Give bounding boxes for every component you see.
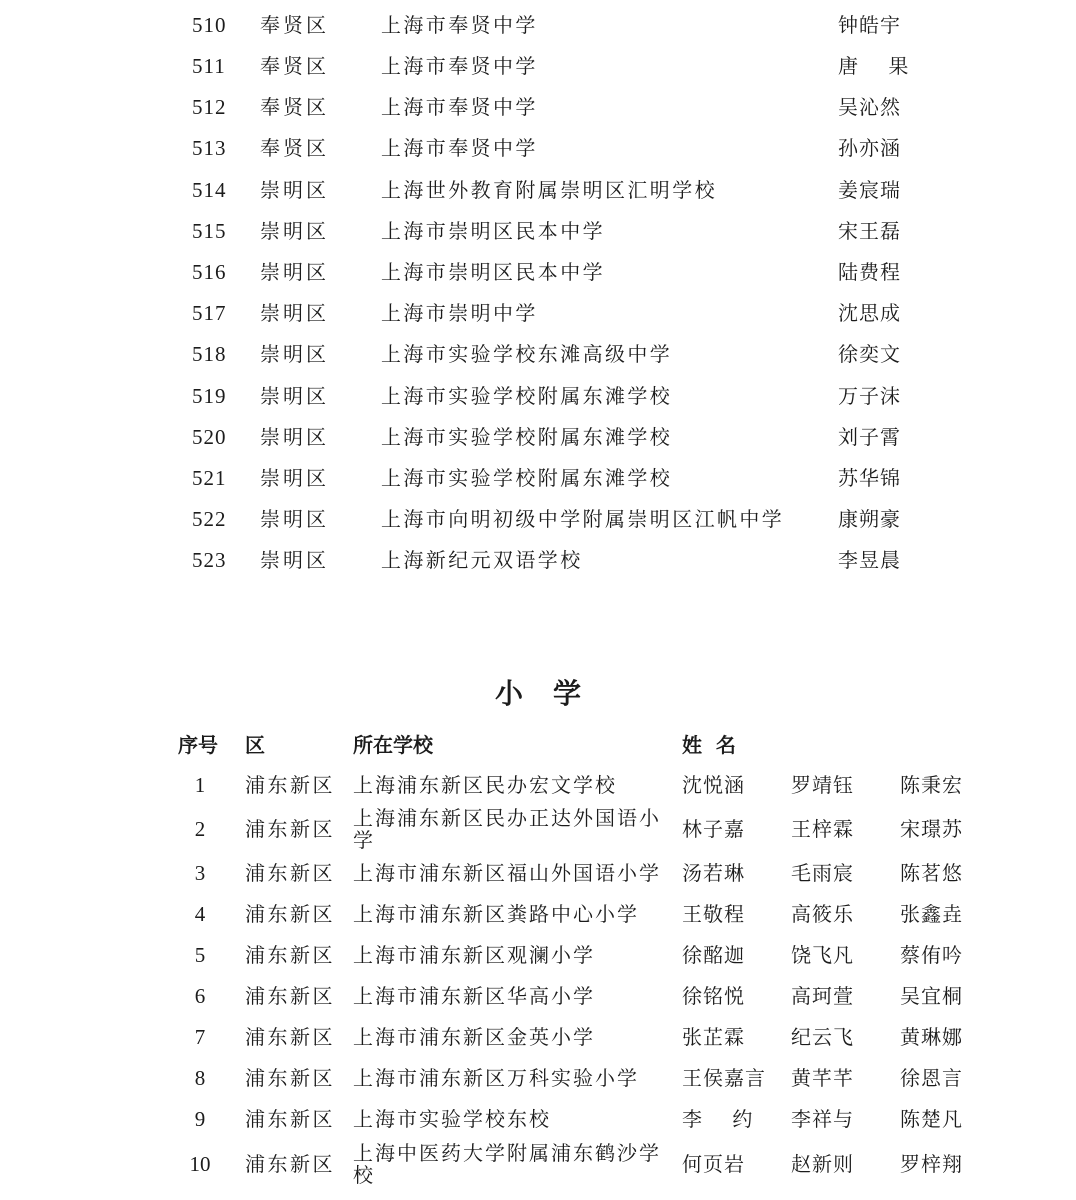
- row-number: 5: [180, 935, 220, 976]
- school: 上海市实验学校东校: [353, 1099, 663, 1140]
- row-number: 2: [180, 809, 220, 850]
- section-title: 小学: [0, 672, 1076, 712]
- student-name: 宋王磊: [838, 211, 901, 252]
- row-number: 517: [192, 293, 242, 334]
- student-name: 高珂萱: [791, 976, 854, 1017]
- row-number: 514: [192, 170, 242, 211]
- row-number: 3: [180, 853, 220, 894]
- row-number: 9: [180, 1099, 220, 1140]
- student-name: 汤若琳: [682, 853, 745, 894]
- table-row: 513 奉贤区 上海市奉贤中学 孙亦涵: [0, 128, 1076, 169]
- student-name: 徐酩迦: [682, 935, 745, 976]
- row-number: 520: [192, 417, 242, 458]
- district: 崇明区: [260, 376, 329, 417]
- school: 上海市奉贤中学: [381, 46, 538, 87]
- row-number: 513: [192, 128, 242, 169]
- student-name: 万子沫: [838, 376, 901, 417]
- student-name: 罗梓翔: [900, 1144, 963, 1185]
- student-name: 陈茗悠: [900, 853, 963, 894]
- district: 崇明区: [260, 334, 329, 375]
- district: 奉贤区: [260, 46, 329, 87]
- student-name: 陆费程: [838, 252, 901, 293]
- school: 上海市崇明区民本中学: [381, 211, 605, 252]
- student-name: 陈楚凡: [900, 1099, 963, 1140]
- student-name: 林子嘉: [682, 809, 745, 850]
- table-row: 522 崇明区 上海市向明初级中学附属崇明区江帆中学 康朔豪: [0, 499, 1076, 540]
- district: 崇明区: [260, 499, 329, 540]
- district: 浦东新区: [245, 765, 335, 806]
- table-row: 6 浦东新区 上海市浦东新区华高小学 徐铭悦 高珂萱 吴宜桐: [0, 976, 1076, 1017]
- student-name: 李昱晨: [838, 540, 901, 581]
- district: 浦东新区: [245, 853, 335, 894]
- table-row: 518 崇明区 上海市实验学校东滩高级中学 徐奕文: [0, 334, 1076, 375]
- school: 上海市浦东新区观澜小学: [353, 935, 663, 976]
- student-name: 李祥与: [791, 1099, 854, 1140]
- student-name: 徐铭悦: [682, 976, 745, 1017]
- table-row: 514 崇明区 上海世外教育附属崇明区汇明学校 姜宸瑞: [0, 170, 1076, 211]
- district: 崇明区: [260, 293, 329, 334]
- student-name: 赵新则: [791, 1144, 854, 1185]
- student-name: 沈悦涵: [682, 765, 745, 806]
- school: 上海市实验学校附属东滩学校: [381, 376, 672, 417]
- school: 上海市实验学校附属东滩学校: [381, 458, 672, 499]
- school: 上海市崇明中学: [381, 293, 538, 334]
- school: 上海市浦东新区金英小学: [353, 1017, 663, 1058]
- district: 崇明区: [260, 458, 329, 499]
- student-name: 张芷霖: [682, 1017, 745, 1058]
- row-number: 511: [192, 46, 242, 87]
- district: 崇明区: [260, 540, 329, 581]
- student-name: 蔡侑吟: [900, 935, 963, 976]
- row-number: 510: [192, 5, 242, 46]
- header-district: 区: [245, 728, 265, 762]
- school: 上海新纪元双语学校: [381, 540, 583, 581]
- table-row: 520 崇明区 上海市实验学校附属东滩学校 刘子霄: [0, 417, 1076, 458]
- row-number: 8: [180, 1058, 220, 1099]
- student-name: 孙亦涵: [838, 128, 901, 169]
- district: 浦东新区: [245, 894, 335, 935]
- district: 奉贤区: [260, 128, 329, 169]
- student-name: 王梓霖: [791, 809, 854, 850]
- district: 浦东新区: [245, 1058, 335, 1099]
- table-row: 511 奉贤区 上海市奉贤中学 唐 果: [0, 46, 1076, 87]
- school: 上海市奉贤中学: [381, 87, 538, 128]
- row-number: 518: [192, 334, 242, 375]
- table-row: 515 崇明区 上海市崇明区民本中学 宋王磊: [0, 211, 1076, 252]
- row-number: 7: [180, 1017, 220, 1058]
- student-name: 沈思成: [838, 293, 901, 334]
- school: 上海浦东新区民办宏文学校: [353, 765, 663, 806]
- table-row: 3 浦东新区 上海市浦东新区福山外国语小学 汤若琳 毛雨宸 陈茗悠: [0, 853, 1076, 894]
- student-name: 李 约: [682, 1099, 753, 1140]
- district: 浦东新区: [245, 1099, 335, 1140]
- row-number: 516: [192, 252, 242, 293]
- table-row: 523 崇明区 上海新纪元双语学校 李昱晨: [0, 540, 1076, 581]
- row-number: 519: [192, 376, 242, 417]
- district: 崇明区: [260, 170, 329, 211]
- student-name: 高筱乐: [791, 894, 854, 935]
- student-name: 吴沁然: [838, 87, 901, 128]
- student-name: 吴宜桐: [900, 976, 963, 1017]
- row-number: 4: [180, 894, 220, 935]
- student-name: 罗靖钰: [791, 765, 854, 806]
- header-name: 姓 名: [682, 728, 736, 762]
- table-row: 521 崇明区 上海市实验学校附属东滩学校 苏华锦: [0, 458, 1076, 499]
- school: 上海市实验学校附属东滩学校: [381, 417, 672, 458]
- table-row: 8 浦东新区 上海市浦东新区万科实验小学 王侯嘉言 黄芊芊 徐恩言: [0, 1058, 1076, 1099]
- district: 浦东新区: [245, 976, 335, 1017]
- row-number: 521: [192, 458, 242, 499]
- student-name: 苏华锦: [838, 458, 901, 499]
- table-row: 519 崇明区 上海市实验学校附属东滩学校 万子沫: [0, 376, 1076, 417]
- row-number: 522: [192, 499, 242, 540]
- student-name: 王侯嘉言: [682, 1058, 766, 1099]
- district: 崇明区: [260, 211, 329, 252]
- school: 上海市向明初级中学附属崇明区江帆中学: [381, 499, 784, 540]
- row-number: 10: [180, 1144, 220, 1185]
- district: 奉贤区: [260, 5, 329, 46]
- table-row: 516 崇明区 上海市崇明区民本中学 陆费程: [0, 252, 1076, 293]
- table-row: 7 浦东新区 上海市浦东新区金英小学 张芷霖 纪云飞 黄琳娜: [0, 1017, 1076, 1058]
- school: 上海市浦东新区福山外国语小学: [353, 853, 663, 894]
- district: 崇明区: [260, 252, 329, 293]
- student-name: 姜宸瑞: [838, 170, 901, 211]
- student-name: 陈秉宏: [900, 765, 963, 806]
- district: 浦东新区: [245, 935, 335, 976]
- district: 浦东新区: [245, 1144, 335, 1185]
- school: 上海市浦东新区华高小学: [353, 976, 663, 1017]
- school: 上海市浦东新区粪路中心小学: [353, 894, 663, 935]
- table-row: 2 浦东新区 上海浦东新区民办正达外国语小学 林子嘉 王梓霖 宋璟苏: [0, 809, 1076, 850]
- student-name: 王敬程: [682, 894, 745, 935]
- student-name: 纪云飞: [791, 1017, 854, 1058]
- table-row: 9 浦东新区 上海市实验学校东校 李 约 李祥与 陈楚凡: [0, 1099, 1076, 1140]
- school: 上海市实验学校东滩高级中学: [381, 334, 672, 375]
- student-name: 刘子霄: [838, 417, 901, 458]
- table-row: 1 浦东新区 上海浦东新区民办宏文学校 沈悦涵 罗靖钰 陈秉宏: [0, 765, 1076, 806]
- district: 浦东新区: [245, 1017, 335, 1058]
- student-name: 徐奕文: [838, 334, 901, 375]
- student-name: 黄琳娜: [900, 1017, 963, 1058]
- row-number: 515: [192, 211, 242, 252]
- table-row: 510 奉贤区 上海市奉贤中学 钟皓宇: [0, 5, 1076, 46]
- row-number: 512: [192, 87, 242, 128]
- table-row: 10 浦东新区 上海中医药大学附属浦东鹤沙学校 何页岩 赵新则 罗梓翔: [0, 1144, 1076, 1185]
- student-name: 张鑫垚: [900, 894, 963, 935]
- header-no: 序号: [178, 728, 218, 762]
- table-row: 517 崇明区 上海市崇明中学 沈思成: [0, 293, 1076, 334]
- school: 上海市崇明区民本中学: [381, 252, 605, 293]
- school: 上海中医药大学附属浦东鹤沙学校: [353, 1142, 663, 1186]
- district: 崇明区: [260, 417, 329, 458]
- school: 上海市奉贤中学: [381, 5, 538, 46]
- school: 上海市浦东新区万科实验小学: [353, 1058, 663, 1099]
- school: 上海世外教育附属崇明区汇明学校: [381, 170, 717, 211]
- school: 上海市奉贤中学: [381, 128, 538, 169]
- district: 奉贤区: [260, 87, 329, 128]
- row-number: 523: [192, 540, 242, 581]
- student-name: 唐 果: [838, 46, 909, 87]
- header-school: 所在学校: [353, 728, 433, 762]
- row-number: 1: [180, 765, 220, 806]
- student-name: 康朔豪: [838, 499, 901, 540]
- student-name: 宋璟苏: [900, 809, 963, 850]
- student-name: 何页岩: [682, 1144, 745, 1185]
- student-name: 饶飞凡: [791, 935, 854, 976]
- student-name: 徐恩言: [900, 1058, 963, 1099]
- district: 浦东新区: [245, 809, 335, 850]
- student-name: 钟皓宇: [838, 5, 901, 46]
- table-row: 4 浦东新区 上海市浦东新区粪路中心小学 王敬程 高筱乐 张鑫垚: [0, 894, 1076, 935]
- table-row: 5 浦东新区 上海市浦东新区观澜小学 徐酩迦 饶飞凡 蔡侑吟: [0, 935, 1076, 976]
- row-number: 6: [180, 976, 220, 1017]
- table-row: 512 奉贤区 上海市奉贤中学 吴沁然: [0, 87, 1076, 128]
- student-name: 黄芊芊: [791, 1058, 854, 1099]
- student-name: 毛雨宸: [791, 853, 854, 894]
- school: 上海浦东新区民办正达外国语小学: [353, 807, 663, 851]
